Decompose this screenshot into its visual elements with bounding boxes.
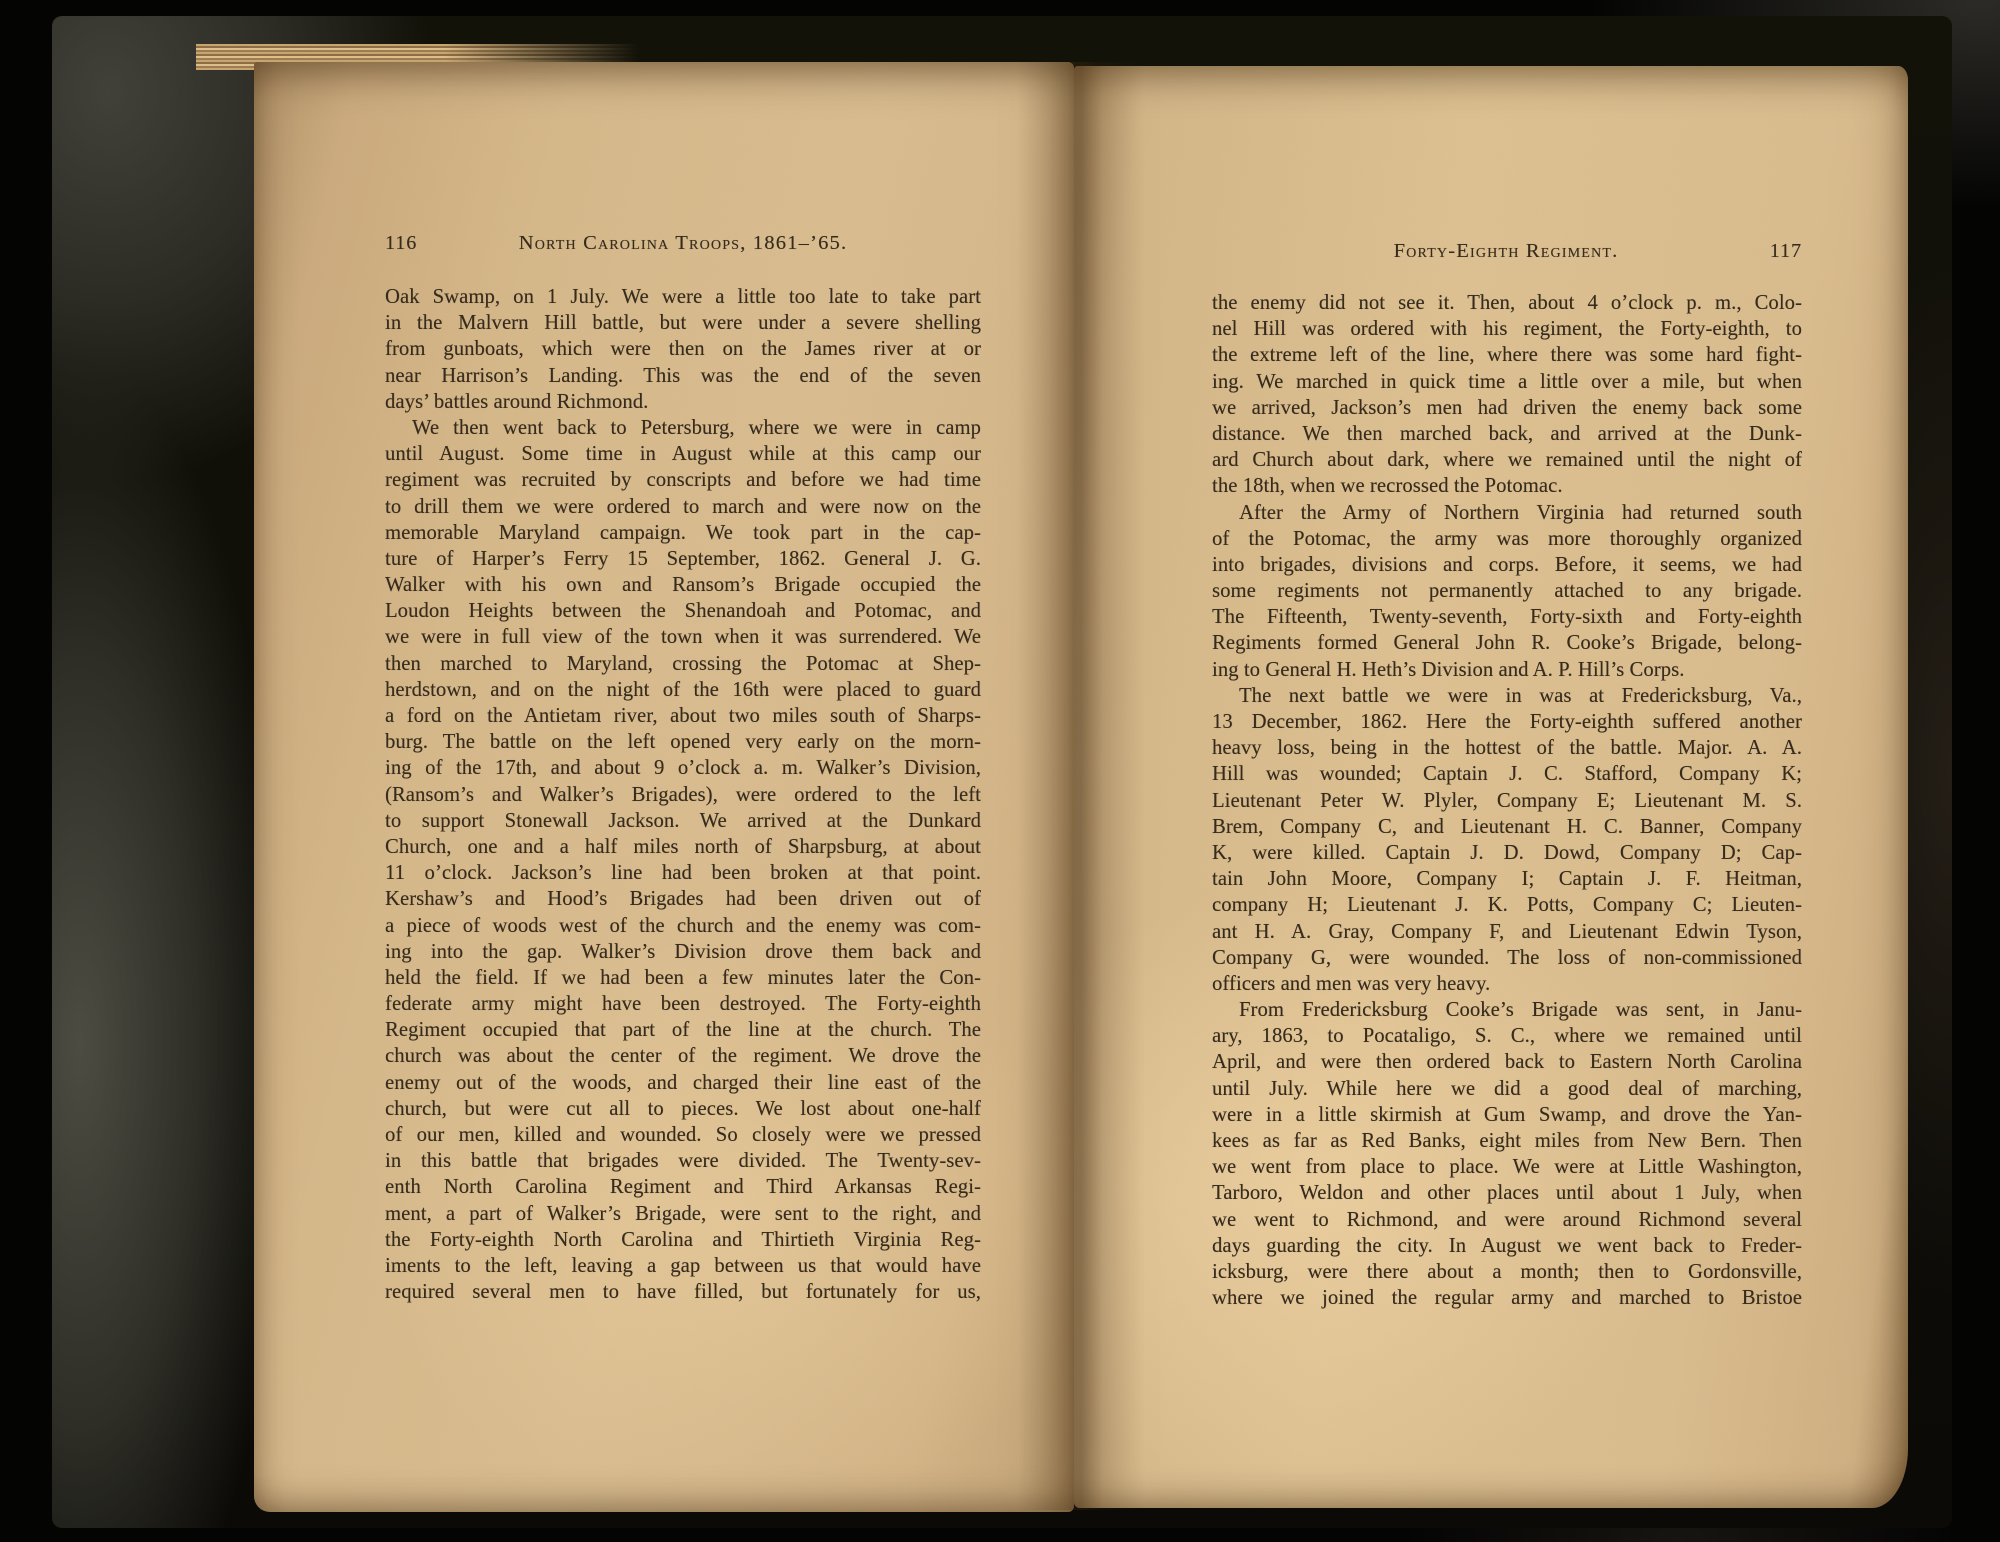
- text-line: Hill was wounded; Captain J. C. Stafford…: [1212, 761, 1802, 787]
- text-line: The next battle we were in was at Freder…: [1212, 683, 1802, 709]
- text-line: From Fredericksburg Cooke’s Brigade was …: [1212, 997, 1802, 1023]
- text-line: burg. The battle on the left opened very…: [385, 729, 981, 755]
- text-line: then marched to Maryland, crossing the P…: [385, 651, 981, 677]
- text-line: we went from place to place. We were at …: [1212, 1154, 1802, 1180]
- text-line: We then went back to Petersburg, where w…: [385, 415, 981, 441]
- left-running-head: 116 North Carolina Troops, 1861–’65.: [385, 232, 981, 262]
- left-page-text: Oak Swamp, on 1 July. We were a little t…: [385, 284, 981, 1305]
- text-line: the 18th, when we recrossed the Potomac.: [1212, 473, 1802, 499]
- text-line: After the Army of Northern Virginia had …: [1212, 500, 1802, 526]
- text-line: nel Hill was ordered with his regiment, …: [1212, 316, 1802, 342]
- left-page-number: 116: [385, 232, 417, 255]
- text-line: ing into the gap. Walker’s Division drov…: [385, 939, 981, 965]
- text-line: federate army might have been destroyed.…: [385, 991, 981, 1017]
- text-line: of our men, killed and wounded. So close…: [385, 1122, 981, 1148]
- text-line: we went to Richmond, and were around Ric…: [1212, 1207, 1802, 1233]
- text-line: K, were killed. Captain J. D. Dowd, Comp…: [1212, 840, 1802, 866]
- text-line: where we joined the regular army and mar…: [1212, 1285, 1802, 1311]
- text-line: regiment was recruited by conscripts and…: [385, 467, 981, 493]
- text-line: April, and were then ordered back to Eas…: [1212, 1049, 1802, 1075]
- text-line: a piece of woods west of the church and …: [385, 913, 981, 939]
- text-line: ant H. A. Gray, Company F, and Lieutenan…: [1212, 919, 1802, 945]
- text-line: Oak Swamp, on 1 July. We were a little t…: [385, 284, 981, 310]
- right-running-head: Forty-Eighth Regiment. 117: [1210, 240, 1802, 270]
- text-line: ing. We marched in quick time a little o…: [1212, 369, 1802, 395]
- text-line: Brem, Company C, and Lieutenant H. C. Ba…: [1212, 814, 1802, 840]
- text-line: held the field. If we had been a few min…: [385, 965, 981, 991]
- text-line: iments to the left, leaving a gap betwee…: [385, 1253, 981, 1279]
- text-line: icksburg, were there about a month; then…: [1212, 1259, 1802, 1285]
- text-line: 11 o’clock. Jackson’s line had been brok…: [385, 860, 981, 886]
- text-line: the Forty-eighth North Carolina and Thir…: [385, 1227, 981, 1253]
- text-line: Church, one and a half miles north of Sh…: [385, 834, 981, 860]
- text-line: ment, a part of Walker’s Brigade, were s…: [385, 1201, 981, 1227]
- text-line: days guarding the city. In August we wen…: [1212, 1233, 1802, 1259]
- text-line: memorable Maryland campaign. We took par…: [385, 520, 981, 546]
- text-line: kees as far as Red Banks, eight miles fr…: [1212, 1128, 1802, 1154]
- text-line: a ford on the Antietam river, about two …: [385, 703, 981, 729]
- left-running-header: North Carolina Troops, 1861–’65.: [385, 232, 981, 255]
- text-line: ary, 1863, to Pocataligo, S. C., where w…: [1212, 1023, 1802, 1049]
- text-line: in the Malvern Hill battle, but were und…: [385, 310, 981, 336]
- text-line: (Ransom’s and Walker’s Brigades), were o…: [385, 782, 981, 808]
- text-line: Loudon Heights between the Shenandoah an…: [385, 598, 981, 624]
- text-line: ture of Harper’s Ferry 15 September, 186…: [385, 546, 981, 572]
- right-page-number: 117: [1770, 240, 1802, 263]
- text-line: ing to General H. Heth’s Division and A.…: [1212, 657, 1802, 683]
- text-line: near Harrison’s Landing. This was the en…: [385, 363, 981, 389]
- text-line: herdstown, and on the night of the 16th …: [385, 677, 981, 703]
- text-line: enth North Carolina Regiment and Third A…: [385, 1174, 981, 1200]
- text-line: officers and men was very heavy.: [1212, 971, 1802, 997]
- text-line: we arrived, Jackson’s men had driven the…: [1212, 395, 1802, 421]
- text-line: church, but were cut all to pieces. We l…: [385, 1096, 981, 1122]
- right-running-header: Forty-Eighth Regiment.: [1210, 240, 1802, 263]
- text-line: company H; Lieutenant J. K. Potts, Compa…: [1212, 892, 1802, 918]
- text-line: from gunboats, which were then on the Ja…: [385, 336, 981, 362]
- book-photo: 116 North Carolina Troops, 1861–’65. For…: [0, 0, 2000, 1542]
- text-line: Walker with his own and Ransom’s Brigade…: [385, 572, 981, 598]
- text-line: to drill them we were ordered to march a…: [385, 494, 981, 520]
- text-line: Regiment occupied that part of the line …: [385, 1017, 981, 1043]
- text-line: tain John Moore, Company I; Captain J. F…: [1212, 866, 1802, 892]
- page-edge-stack: [84, 42, 260, 1506]
- text-line: of the Potomac, the army was more thorou…: [1212, 526, 1802, 552]
- text-line: Lieutenant Peter W. Plyler, Company E; L…: [1212, 788, 1802, 814]
- text-line: until August. Some time in August while …: [385, 441, 981, 467]
- text-line: to support Stonewall Jackson. We arrived…: [385, 808, 981, 834]
- text-line: The Fifteenth, Twenty-seventh, Forty-six…: [1212, 604, 1802, 630]
- text-line: were in a little skirmish at Gum Swamp, …: [1212, 1102, 1802, 1128]
- text-line: we were in full view of the town when it…: [385, 624, 981, 650]
- text-line: distance. We then marched back, and arri…: [1212, 421, 1802, 447]
- text-line: Tarboro, Weldon and other places until a…: [1212, 1180, 1802, 1206]
- right-page-text: the enemy did not see it. Then, about 4 …: [1212, 290, 1802, 1311]
- text-line: required several men to have filled, but…: [385, 1279, 981, 1305]
- text-line: days’ battles around Richmond.: [385, 389, 981, 415]
- text-line: the extreme left of the line, where ther…: [1212, 342, 1802, 368]
- text-line: into brigades, divisions and corps. Befo…: [1212, 552, 1802, 578]
- text-line: Regiments formed General John R. Cooke’s…: [1212, 630, 1802, 656]
- text-line: the enemy did not see it. Then, about 4 …: [1212, 290, 1802, 316]
- text-line: church was about the center of the regim…: [385, 1043, 981, 1069]
- text-line: in this battle that brigades were divide…: [385, 1148, 981, 1174]
- text-line: heavy loss, being in the hottest of the …: [1212, 735, 1802, 761]
- text-line: enemy out of the woods, and charged thei…: [385, 1070, 981, 1096]
- text-line: Company G, were wounded. The loss of non…: [1212, 945, 1802, 971]
- text-line: ing of the 17th, and about 9 o’clock a. …: [385, 755, 981, 781]
- text-line: ard Church about dark, where we remained…: [1212, 447, 1802, 473]
- text-line: some regiments not permanently attached …: [1212, 578, 1802, 604]
- text-line: Kershaw’s and Hood’s Brigades had been d…: [385, 886, 981, 912]
- text-line: until July. While here we did a good dea…: [1212, 1076, 1802, 1102]
- text-line: 13 December, 1862. Here the Forty-eighth…: [1212, 709, 1802, 735]
